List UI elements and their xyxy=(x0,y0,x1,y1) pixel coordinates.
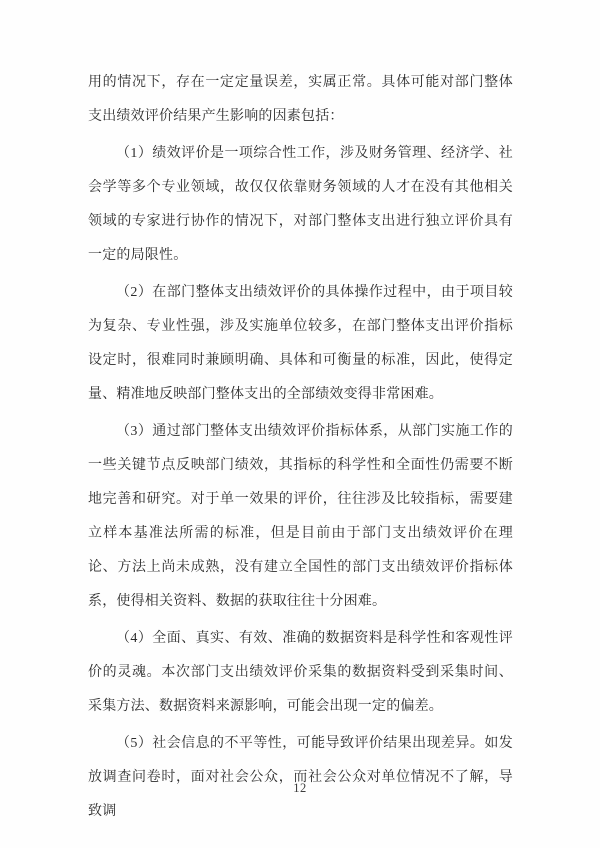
document-page: 用的情况下，存在一定定量误差，实属正常。具体可能对部门整体支出绩效评价结果产生影… xyxy=(0,0,600,848)
paragraph-item-5: （5）社会信息的不平等性，可能导致评价结果出现差异。如发放调查问卷时，面对社会公… xyxy=(88,727,513,829)
paragraph-item-4: （4）全面、真实、有效、准确的数据资料是科学性和客观性评价的灵魂。本次部门支出绩… xyxy=(88,622,513,724)
paragraph-item-3: （3）通过部门整体支出绩效评价指标体系，从部门实施工作的一些关键节点反映部门绩效… xyxy=(88,415,513,619)
paragraph-item-2: （2）在部门整体支出绩效评价的具体操作过程中，由于项目较为复杂、专业性强，涉及实… xyxy=(88,276,513,412)
page-number: 12 xyxy=(0,781,600,796)
paragraph-intro: 用的情况下，存在一定定量误差，实属正常。具体可能对部门整体支出绩效评价结果产生影… xyxy=(88,66,513,134)
document-body: 用的情况下，存在一定定量误差，实属正常。具体可能对部门整体支出绩效评价结果产生影… xyxy=(88,66,513,832)
paragraph-item-1: （1）绩效评价是一项综合性工作，涉及财务管理、经济学、社会学等多个专业领域，故仅… xyxy=(88,137,513,273)
